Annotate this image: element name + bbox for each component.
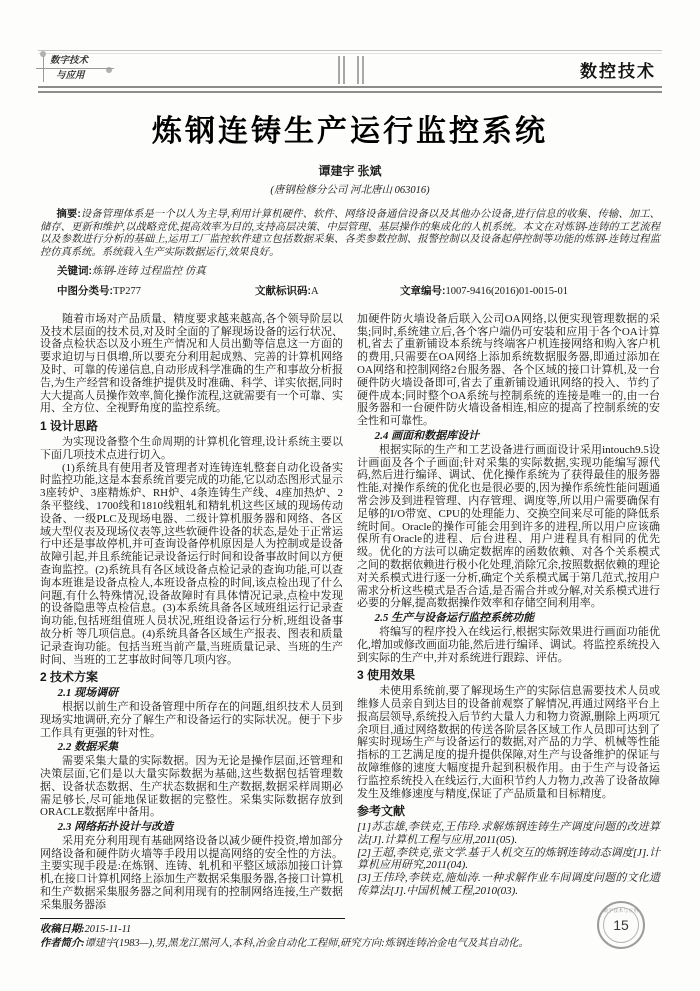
abstract-block: 摘要:设备管理体系是一个以人为主导,利用计算机硬件、软件、网络设备通信设备以及其… [40, 209, 660, 260]
author-bio-text: 谭建宇(1983—),男,黑龙江黑河人,本科,冶金自动化工程师,研究方向:炼钢连… [85, 938, 529, 949]
two-column-body: 随着市场对产品质量、精度要求越来越高,各个领导阶层以及技术层面的技术员,对及时全… [40, 313, 660, 912]
paragraph: 未使用系统前,要了解现场生产的实际信息需要技术人员或维修人员亲自到达目的设备前观… [357, 685, 660, 800]
journal-page: 数字技术 与应用 数控技术 炼钢连铸生产运行监控系统 谭建宇 张斌 (唐钢检修分… [0, 0, 700, 991]
heading-usage-effect: 3 使用效果 [357, 669, 660, 682]
subheading-data-collection: 2.2 数据采集 [40, 741, 343, 754]
keywords-text: 炼钢-连铸 过程监控 仿真 [92, 266, 206, 277]
author-bio-label: 作者简介: [40, 938, 85, 949]
abstract-text: 设备管理体系是一个以人为主导,利用计算机硬件、软件、网络设备通信设备以及其他办公… [40, 209, 660, 258]
footnote-block: 收稿日期:2015-11-11 作者简介:谭建宇(1983—),男,黑龙江黑河人… [40, 918, 660, 951]
heading-design-approach: 1 设计思路 [40, 420, 343, 433]
keywords-label: 关键词: [57, 265, 92, 277]
paragraph: 需要采集大量的实际数据。因为无论是操作层面,还管理和决策层面,它们是以大量实际数… [40, 755, 343, 819]
doc-code-label: 文献标识码: [255, 285, 311, 297]
paragraph: 为实现设备整个生命周期的计算机化管理,设计系统主要以下面几项技术点进行切入。 [40, 436, 343, 462]
paragraph: 将编写的程序投入在线运行,根据实际效果进行画面功能优化,增加或修改画面功能,然后… [357, 626, 660, 664]
heading-references: 参考文献 [357, 805, 660, 818]
affiliation: (唐钢检修分公司 河北唐山 063016) [40, 182, 660, 197]
subheading-monitoring-functions: 2.5 生产与设备运行监控系统功能 [357, 612, 660, 625]
footnote-divider [40, 918, 345, 919]
article-title: 炼钢连铸生产运行监控系统 [40, 106, 660, 150]
clc-label: 中图分类号: [57, 285, 113, 297]
article-id-label: 文章编号: [400, 285, 446, 297]
reference-item: [1]苏志雄,李铁克,王伟玲.求解炼钢连铸生产调度问题的改进算法[J].计算机工… [357, 821, 660, 847]
clc-value: TP277 [113, 286, 141, 297]
paragraph: 根据实际的生产和工艺设备进行画面设计采用intouch9.5设计画面及各个子画面… [357, 444, 660, 610]
article-sheet: 炼钢连铸生产运行监控系统 谭建宇 张斌 (唐钢检修分公司 河北唐山 063016… [40, 0, 660, 951]
heading-technical-scheme: 2 技术方案 [40, 671, 343, 684]
page-number-stamp: 数字技术与应用 15 [597, 901, 645, 949]
right-column: 加硬件防火墙设备后联入公司OA网络,以便实现管理数据的采集;同时,系统建立后,各… [357, 313, 660, 912]
doc-code-value: A [311, 286, 319, 297]
subheading-screen-database-design: 2.4 画面和数据库设计 [357, 430, 660, 443]
reference-item: [2]王超,李铁克,张文学.基于人机交互的炼钢连铸动态调度[J].计算机应用研究… [357, 847, 660, 873]
paragraph: 根据以前生产和设备管理中所存在的问题,组织技术人员到现场实地调研,充分了解生产和… [40, 701, 343, 739]
author-bio-line: 作者简介:谭建宇(1983—),男,黑龙江黑河人,本科,冶金自动化工程师,研究方… [40, 937, 660, 951]
received-date-line: 收稿日期:2015-11-11 [40, 923, 660, 937]
stamp-arc-text: 数字技术与应用 [599, 908, 643, 914]
subheading-field-research: 2.1 现场调研 [40, 687, 343, 700]
received-date-value: 2015-11-11 [85, 924, 132, 935]
page-number: 15 [599, 917, 643, 933]
left-column: 随着市场对产品质量、精度要求越来越高,各个领导阶层以及技术层面的技术员,对及时全… [40, 313, 343, 912]
abstract-label: 摘要: [56, 209, 80, 220]
paragraph: (1)系统具有使用者及管理者对连铸连轧整套自动化设备实时监控功能,这是本套系统首… [40, 462, 343, 667]
reference-item: [3]王伟玲,李铁克,施灿涛.一种求解作业车间调度问题的文化遗传算法[J].中国… [357, 872, 660, 898]
intro-paragraph: 随着市场对产品质量、精度要求越来越高,各个领导阶层以及技术层面的技术员,对及时全… [40, 313, 343, 415]
article-id-value: 1007-9416(2016)01-0015-01 [446, 286, 568, 297]
keywords-row: 关键词:炼钢-连铸 过程监控 仿真 [40, 263, 660, 278]
received-date-label: 收稿日期: [40, 924, 85, 935]
continuation-paragraph: 加硬件防火墙设备后联入公司OA网络,以便实现管理数据的采集;同时,系统建立后,各… [357, 313, 660, 428]
authors: 谭建宇 张斌 [40, 162, 660, 179]
meta-row: 中图分类号:TP277 文献标识码:A 文章编号:1007-9416(2016)… [40, 283, 660, 298]
reference-list: [1]苏志雄,李铁克,王伟玲.求解炼钢连铸生产调度问题的改进算法[J].计算机工… [357, 821, 660, 898]
subheading-network-topology: 2.3 网络拓扑设计与改造 [40, 821, 343, 834]
paragraph: 采用充分利用现有基础网络设备以减少硬件投资,增加部分网络设备和硬件防火墙等手段用… [40, 835, 343, 912]
